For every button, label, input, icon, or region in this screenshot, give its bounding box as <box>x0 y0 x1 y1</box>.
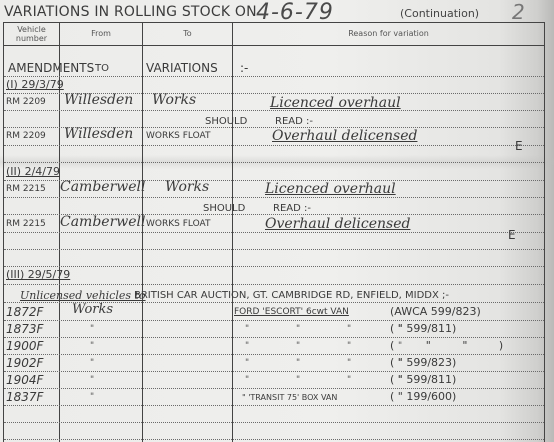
row-to: WORKS FLOAT <box>146 219 210 229</box>
row-vehicle: RM 2215 <box>6 184 46 194</box>
rule-line <box>4 371 544 372</box>
rule-line <box>4 284 544 285</box>
rule-line <box>4 249 544 250</box>
section-1-label: (I) 29/3/79 <box>6 78 64 91</box>
table-right-border <box>544 22 545 442</box>
section-3-label: (III) 29/5/79 <box>6 268 70 281</box>
row-ref: ( " " ) <box>390 339 517 352</box>
row-vehicle: RM 2209 <box>6 131 46 141</box>
header-reason: Reason for variation <box>233 29 544 38</box>
row-from: " <box>90 392 94 402</box>
row-reason: Licenced overhaul <box>270 95 401 111</box>
row-to: Works <box>152 92 196 108</box>
should-label: SHOULD <box>205 116 247 127</box>
amendments-heading-part1: AMENDMENTS <box>8 61 94 75</box>
row-from: Willesden <box>64 126 133 142</box>
continuation-label: (Continuation) <box>400 7 479 20</box>
row-vehicle: 1904F <box>6 373 43 387</box>
row-from: Willesden <box>64 92 133 108</box>
row-reason: " 'TRANSIT 75' BOX VAN <box>242 393 337 402</box>
row-reason: FORD 'ESCORT' 6cwt VAN <box>234 307 349 317</box>
amendments-heading-part4: :- <box>240 61 248 75</box>
read-label: READ :- <box>275 116 313 127</box>
row-ref: (AWCA 599/823) <box>390 305 481 318</box>
read-label: READ :- <box>273 203 311 214</box>
row-from: " <box>90 341 94 351</box>
header-vehicle-number: Vehicle number <box>4 25 59 43</box>
row-vehicle: RM 2215 <box>6 219 46 229</box>
section-3-intro-caps: BRITISH CAR AUCTION, GT. CAMBRIDGE RD, E… <box>134 290 449 301</box>
row-from: " <box>90 375 94 385</box>
row-reason: Licenced overhaul <box>265 181 396 197</box>
rule-line <box>4 439 544 440</box>
row-from: Works <box>72 302 113 317</box>
rule-line <box>4 422 544 423</box>
rule-line <box>4 162 544 163</box>
row-vehicle: 1873F <box>6 322 43 336</box>
rule-line <box>4 337 544 338</box>
row-ref: ( " 599/823) <box>390 356 456 369</box>
header-from: From <box>60 29 142 38</box>
row-vehicle: RM 2209 <box>6 97 46 107</box>
row-reason: Overhaul delicensed <box>272 128 417 144</box>
rule-line <box>4 76 544 77</box>
table-top-border <box>3 22 545 23</box>
rule-line <box>4 266 544 267</box>
document-title: VARIATIONS IN ROLLING STOCK ON <box>4 4 257 20</box>
amendments-heading-part3: VARIATIONS <box>146 61 218 75</box>
rule-line <box>4 405 544 406</box>
rule-line <box>4 354 544 355</box>
row-code: E <box>508 228 516 242</box>
row-vehicle: 1902F <box>6 356 43 370</box>
row-ref: ( " 199/600) <box>390 390 456 403</box>
section-3-intro-handwritten: Unlicensed vehicles to <box>20 289 146 302</box>
rule-line <box>4 145 544 146</box>
rule-line <box>4 320 544 321</box>
rule-line <box>4 388 544 389</box>
header-bottom-border <box>3 45 545 46</box>
header-vehicle-line1: Vehicle <box>4 25 59 34</box>
row-from: Camberwell <box>60 179 146 195</box>
page-number: 2 <box>512 0 525 24</box>
section-2-label: (II) 2/4/79 <box>6 165 60 178</box>
rule-line <box>4 232 544 233</box>
row-from: " <box>90 358 94 368</box>
row-reason: Overhaul delicensed <box>265 216 410 232</box>
header-to: To <box>143 29 232 38</box>
row-from: " <box>90 324 94 334</box>
row-vehicle: 1837F <box>6 390 43 404</box>
header-vehicle-line2: number <box>4 34 59 43</box>
row-vehicle: 1872F <box>6 305 43 319</box>
rule-line <box>4 197 544 198</box>
row-ref: ( " 599/811) <box>390 373 456 386</box>
should-label: SHOULD <box>203 203 245 214</box>
row-to: Works <box>165 179 209 195</box>
row-to: WORKS FLOAT <box>146 131 210 141</box>
amendments-heading-part2: TO <box>95 63 109 74</box>
row-code: E <box>515 139 523 153</box>
document-page: VARIATIONS IN ROLLING STOCK ON 4-6-79 (C… <box>0 0 554 442</box>
row-vehicle: 1900F <box>6 339 43 353</box>
row-ref: ( " 599/811) <box>390 322 456 335</box>
row-from: Camberwell <box>60 214 146 230</box>
